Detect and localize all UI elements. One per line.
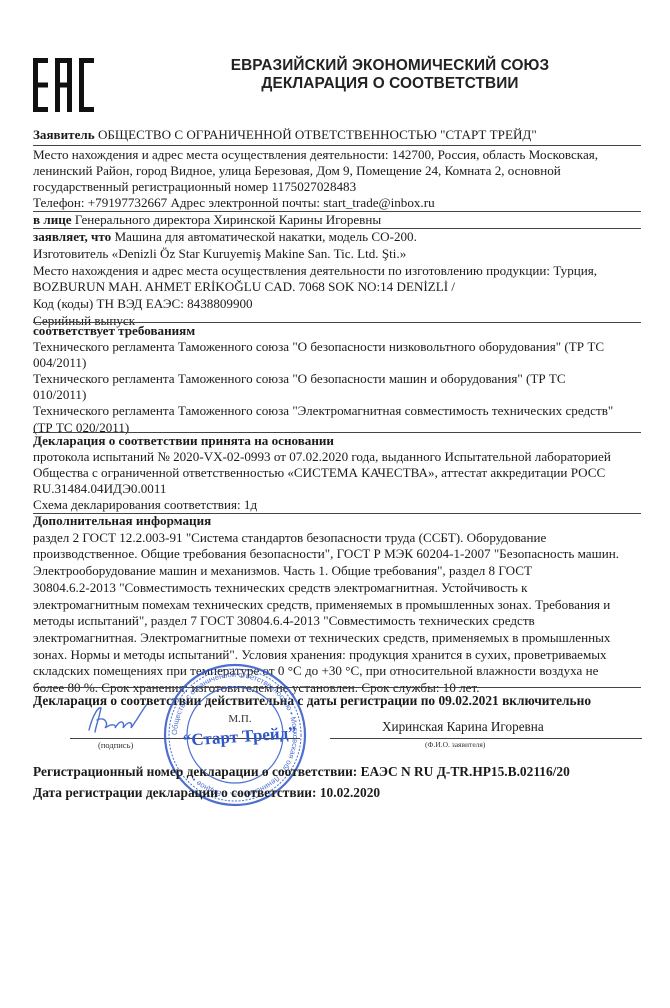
address-line: ленинский Район, город Видное, улица Бер… (33, 163, 641, 179)
union-title: ЕВРАЗИЙСКИЙ ЭКОНОМИЧЕСКИЙ СОЮЗ (200, 57, 580, 75)
info-line: производственное. Общие требования безоп… (33, 546, 641, 563)
representative-label: в лице (33, 212, 72, 227)
divider (33, 145, 641, 146)
basis-label: Декларация о соответствии принята на осн… (33, 433, 334, 448)
registration-number-value: ЕАЭС N RU Д-TR.НР15.В.02116/20 (361, 764, 570, 779)
representative-value: Генерального директора Хиринской Карины … (72, 212, 382, 227)
additional-label: Дополнительная информация (33, 513, 211, 528)
info-line: раздел 2 ГОСТ 12.2.003-91 "Система станд… (33, 530, 641, 547)
regulation-line: 010/2011) (33, 387, 641, 403)
registration-number-label: Регистрационный номер декларации о соотв… (33, 764, 361, 779)
applicant-section: Заявитель ОБЩЕСТВО С ОГРАНИЧЕННОЙ ОТВЕТС… (33, 127, 641, 143)
signature-caption: (подпись) (98, 740, 133, 750)
info-line: электромагнитная. Электромагнитные помех… (33, 630, 641, 647)
regulation-line: 004/2011) (33, 355, 641, 371)
registration-number: Регистрационный номер декларации о соотв… (33, 764, 570, 780)
manufacturer: Изготовитель «Denizli Öz Star Kuruyemiş … (33, 246, 641, 263)
svg-text:“Старт Трейд”: “Старт Трейд” (182, 723, 297, 750)
regulation-line: Технического регламента Таможенного союз… (33, 403, 641, 419)
info-line: 30804.6.2-2013 "Совместимость технически… (33, 580, 641, 597)
svg-text:М.П.: М.П. (228, 713, 251, 725)
info-line: методы испытаний", раздел 7 ГОСТ 30804.6… (33, 613, 641, 630)
signer-caption: (Ф.И.О. заявителя) (425, 740, 485, 749)
registration-date: Дата регистрации декларации о соответств… (33, 785, 380, 801)
handwritten-signature-icon (83, 700, 153, 740)
regulation-line: Технического регламента Таможенного союз… (33, 339, 641, 355)
manufacturer-address: BOZBURUN MAH. AHMET ERİKOĞLU CAD. 7068 S… (33, 279, 641, 296)
applicant-label: Заявитель (33, 127, 95, 142)
basis-line: RU.31484.04ИДЭ0.0011 (33, 481, 641, 497)
product-name: Машина для автоматической накатки, модел… (111, 229, 417, 244)
applicant-name: ОБЩЕСТВО С ОГРАНИЧЕННОЙ ОТВЕТСТВЕННОСТЬЮ… (95, 127, 537, 142)
address-line: государственный регистрационный номер 11… (33, 179, 641, 195)
divider (33, 687, 641, 688)
registration-date-label: Дата регистрации декларации о соответств… (33, 785, 320, 800)
declares-label: заявляет, что (33, 229, 111, 244)
info-line: Электрооборудование машин и механизмов. … (33, 563, 641, 580)
document-title: ДЕКЛАРАЦИЯ О СООТВЕТСТВИИ (200, 75, 580, 93)
regulation-line: Технического регламента Таможенного союз… (33, 371, 641, 387)
contact-line: Телефон: +79197732667 Адрес электронной … (33, 195, 641, 211)
info-line: электромагнитным помехам технических сре… (33, 597, 641, 614)
eac-logo-icon (33, 58, 97, 112)
document-header: ЕВРАЗИЙСКИЙ ЭКОНОМИЧЕСКИЙ СОЮЗ ДЕКЛАРАЦИ… (200, 57, 580, 93)
conformity-label: соответствует требованиям (33, 323, 195, 338)
basis-line: протокола испытаний № 2020-VX-02-0993 от… (33, 449, 641, 465)
additional-info-section: Дополнительная информация раздел 2 ГОСТ … (33, 513, 641, 697)
registration-date-value: 10.02.2020 (320, 785, 380, 800)
address-line: Место нахождения и адрес места осуществл… (33, 147, 641, 163)
conformity-section: соответствует требованиям Технического р… (33, 323, 641, 436)
applicant-address: Место нахождения и адрес места осуществл… (33, 147, 641, 211)
scheme-line: Схема декларирования соответствия: 1д (33, 497, 641, 513)
signer-line (330, 738, 642, 739)
info-line: складских помещениях при температуре от … (33, 663, 641, 680)
info-line: зонах. Нормы и методы испытаний". Услови… (33, 647, 641, 664)
basis-section: Декларация о соответствии принята на осн… (33, 433, 641, 513)
basis-line: Общества с ограниченной ответственностью… (33, 465, 641, 481)
hs-code: Код (коды) ТН ВЭД ЕАЭС: 8438809900 (33, 296, 641, 313)
representative-section: в лице Генерального директора Хиринской … (33, 212, 641, 228)
signer-name: Хиринская Карина Игоревна (382, 719, 544, 735)
manufacturer-address: Место нахождения и адрес места осуществл… (33, 263, 641, 280)
declares-section: заявляет, что Машина для автоматической … (33, 229, 641, 330)
